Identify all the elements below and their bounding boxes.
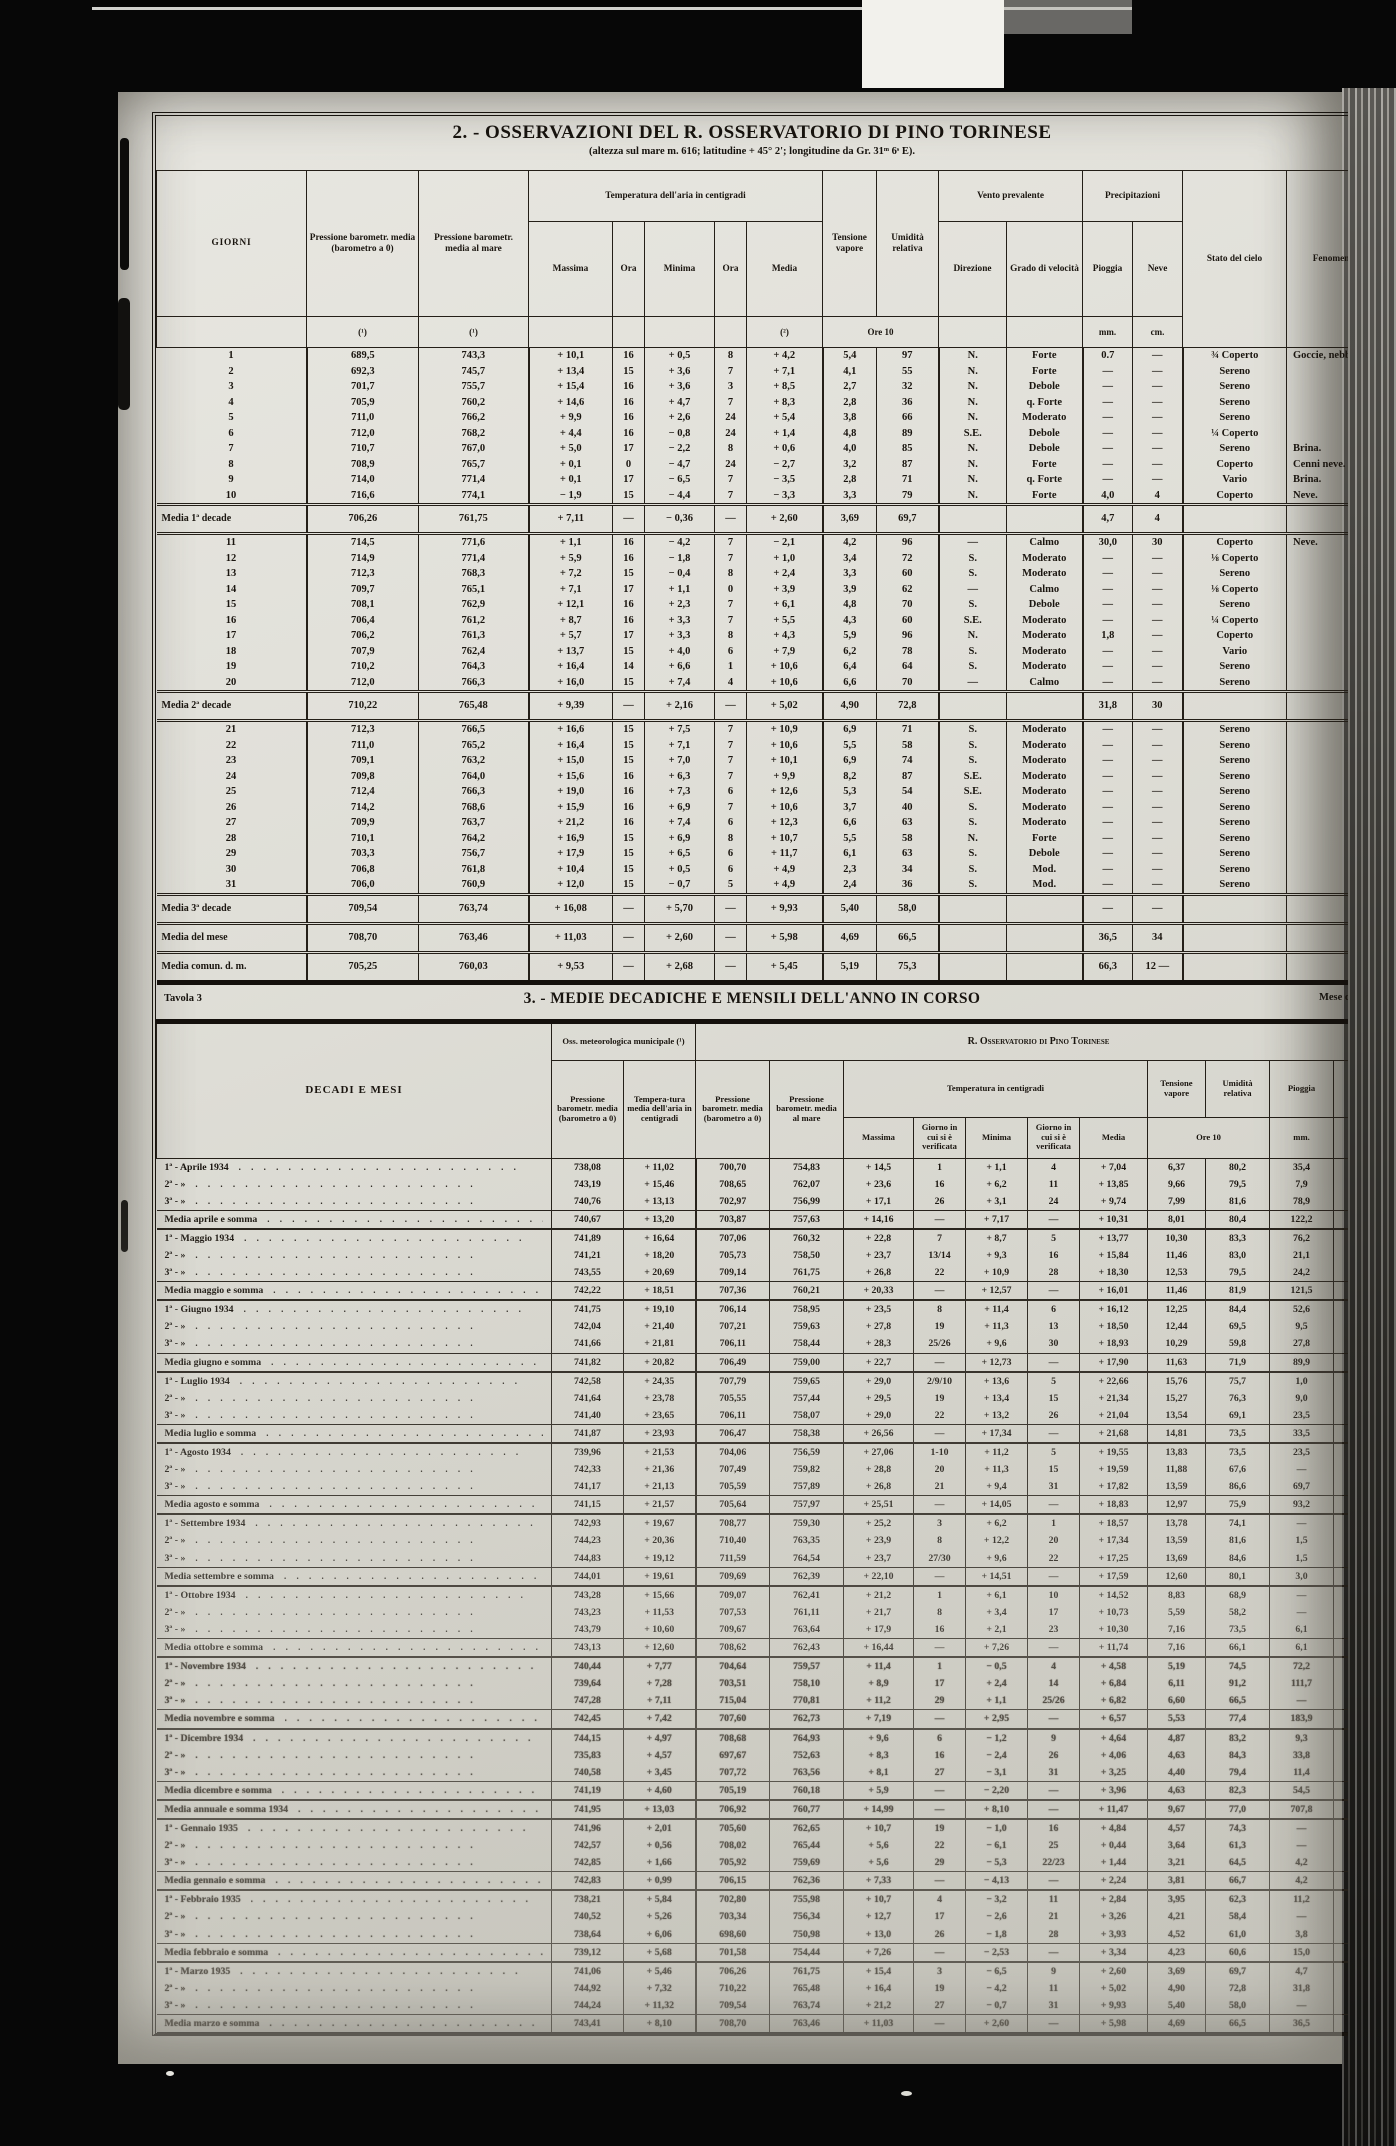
data-row: 19710,2764,3+ 16,414+ 6,61+ 10,66,464S.M… bbox=[157, 659, 1349, 675]
cell: Moderato bbox=[1007, 659, 1083, 675]
cell: — bbox=[1028, 1210, 1080, 1229]
cell: + 6,06 bbox=[624, 1926, 696, 1944]
cell: — bbox=[1334, 1300, 1348, 1318]
data-row: 12714,9771,4+ 5,916− 1,87+ 1,03,472S.Mod… bbox=[157, 551, 1349, 567]
cell: + 18,51 bbox=[624, 1282, 696, 1301]
cell: − 0,5 bbox=[966, 1657, 1028, 1675]
cell: — bbox=[1133, 769, 1183, 785]
cell: 61,3 bbox=[1206, 1837, 1270, 1854]
cell: 6 bbox=[715, 784, 747, 800]
cell: 1,8 bbox=[1083, 628, 1133, 644]
cell: + 7,33 bbox=[844, 1872, 914, 1891]
cell: Media febbraio e somma. . . . . . . . . … bbox=[157, 1943, 552, 1962]
cell: 763,64 bbox=[770, 1621, 844, 1639]
cell: 760,32 bbox=[770, 1229, 844, 1247]
cell: 704,64 bbox=[696, 1657, 770, 1675]
cell: + 11,32 bbox=[624, 1997, 696, 2015]
cell: 8,83 bbox=[1148, 1586, 1206, 1604]
cell: + 25,2 bbox=[844, 1514, 914, 1532]
cell: N. bbox=[939, 472, 1007, 488]
cell: + 1,4 bbox=[747, 426, 823, 442]
dot-leader: . . . . . . . . . . . . . . . . . . . . … bbox=[239, 1159, 543, 1176]
cell: — bbox=[914, 1800, 966, 1819]
cell: + 9,9 bbox=[747, 769, 823, 785]
cell: + 7,11 bbox=[624, 1692, 696, 1710]
cell: 66,5 bbox=[1206, 2015, 1270, 2035]
cell: + 6,9 bbox=[645, 831, 715, 847]
cell: Sereno bbox=[1183, 379, 1287, 395]
cell: 14 bbox=[1028, 1675, 1080, 1692]
cell: 741,95 bbox=[552, 1800, 624, 1819]
dot-leader: . . . . . . . . . . . . . . . . . . . . … bbox=[244, 1230, 543, 1247]
cell: 741,15 bbox=[552, 1496, 624, 1515]
cell: + 11,74 bbox=[1080, 1639, 1148, 1658]
cell: 24 bbox=[715, 457, 747, 473]
dot-leader: . . . . . . . . . . . . . . . . . . . . … bbox=[253, 1730, 543, 1747]
cell: — bbox=[914, 1567, 966, 1586]
cell: 5,5 bbox=[823, 738, 877, 754]
dot-leader: . . . . . . . . . . . . . . . . . . . . … bbox=[195, 1926, 543, 1943]
cell: Brina. bbox=[1287, 441, 1348, 457]
cell: — bbox=[613, 952, 645, 982]
cell: 708,62 bbox=[696, 1639, 770, 1658]
data-row: 3701,7755,7+ 15,416+ 3,63+ 8,52,732N.Deb… bbox=[157, 379, 1349, 395]
cell: 13,59 bbox=[1148, 1478, 1206, 1496]
cell: Forte bbox=[1007, 831, 1083, 847]
dot-leader: . . . . . . . . . . . . . . . . . . . . … bbox=[244, 1301, 543, 1318]
cell: 706,4 bbox=[307, 613, 419, 629]
cell: 4,57 bbox=[1148, 1819, 1206, 1837]
cell: S. bbox=[939, 738, 1007, 754]
cell: 8 bbox=[715, 441, 747, 457]
page-subtitle: (altezza sul mare m. 616; latitudine + 4… bbox=[156, 146, 1348, 157]
cell: 2,3 bbox=[823, 862, 877, 878]
cell: Media gennaio e somma. . . . . . . . . .… bbox=[157, 1872, 552, 1891]
cell: Sereno bbox=[1183, 831, 1287, 847]
cell: 58,0 bbox=[877, 894, 939, 923]
cell: 27 bbox=[914, 1764, 966, 1782]
cell: + 16,01 bbox=[1080, 1282, 1148, 1301]
cell: 15 bbox=[613, 675, 645, 692]
cell bbox=[1287, 551, 1348, 567]
cell: 709,7 bbox=[307, 582, 419, 598]
cell: 16 bbox=[613, 426, 645, 442]
cell: − 0,7 bbox=[966, 1997, 1028, 2015]
cell: 60 bbox=[877, 613, 939, 629]
cell bbox=[1007, 505, 1083, 534]
col-header-vento: Vento prevalente bbox=[939, 171, 1083, 222]
cell: — bbox=[1334, 1819, 1348, 1837]
cell: 7 bbox=[715, 800, 747, 816]
cell: + 3,4 bbox=[966, 1604, 1028, 1621]
cell bbox=[1007, 894, 1083, 923]
cell: 26 bbox=[1028, 1747, 1080, 1764]
cell: 2ª - ». . . . . . . . . . . . . . . . . … bbox=[157, 1837, 552, 1854]
cell: 12,25 bbox=[1148, 1300, 1206, 1318]
cell: + 18,50 bbox=[1080, 1318, 1148, 1335]
cell: 4,63 bbox=[1148, 1781, 1206, 1800]
data-row: 18707,9762,4+ 13,715+ 4,06+ 7,96,278S.Mo… bbox=[157, 644, 1349, 660]
cell: 742,22 bbox=[552, 1282, 624, 1301]
cell bbox=[1287, 505, 1348, 534]
cell: 0 bbox=[613, 457, 645, 473]
cell: + 9,39 bbox=[529, 692, 613, 721]
data-row: 8708,9765,7+ 0,10− 4,724− 2,73,287N.Fort… bbox=[157, 457, 1349, 473]
unit-empty bbox=[1007, 317, 1083, 348]
cell: 2 bbox=[157, 364, 307, 380]
cell: 55 bbox=[877, 364, 939, 380]
summary-row: Media febbraio e somma. . . . . . . . . … bbox=[157, 1943, 1349, 1962]
cell: — bbox=[1133, 800, 1183, 816]
cell: + 9,3 bbox=[966, 1247, 1028, 1264]
cell: 740,58 bbox=[552, 1764, 624, 1782]
dot-leader: . . . . . . . . . . . . . . . . . . . . … bbox=[278, 1944, 543, 1961]
cell: + 14,05 bbox=[966, 1496, 1028, 1515]
cell: 706,26 bbox=[307, 505, 419, 534]
cell: 4 bbox=[1133, 488, 1183, 505]
cell: 5 bbox=[1028, 1372, 1080, 1390]
cell: + 5,7 bbox=[529, 628, 613, 644]
cell: + 11,47 bbox=[1080, 1800, 1148, 1819]
cell: — bbox=[1334, 1621, 1348, 1639]
cell: 708,9 bbox=[307, 457, 419, 473]
cell: 1ª - Febbraio 1935. . . . . . . . . . . … bbox=[157, 1890, 552, 1908]
cell: + 5,46 bbox=[624, 1962, 696, 1980]
cell: 71 bbox=[877, 472, 939, 488]
dot-leader: . . . . . . . . . . . . . . . . . . . . … bbox=[273, 1639, 543, 1656]
cell: + 21,2 bbox=[529, 815, 613, 831]
cell: 83,2 bbox=[1206, 1729, 1270, 1747]
cell: + 12,3 bbox=[747, 815, 823, 831]
cell: S. bbox=[939, 644, 1007, 660]
cell: 1ª - Marzo 1935. . . . . . . . . . . . .… bbox=[157, 1962, 552, 1980]
cell: 2ª - ». . . . . . . . . . . . . . . . . … bbox=[157, 1176, 552, 1193]
cell: 16 bbox=[613, 597, 645, 613]
cell: + 5,02 bbox=[1080, 1980, 1148, 1997]
cell: 708,1 bbox=[307, 597, 419, 613]
cell: + 3,3 bbox=[645, 613, 715, 629]
cell: 69,5 bbox=[1206, 1318, 1270, 1335]
cell: — bbox=[1334, 1514, 1348, 1532]
cell: + 9,74 bbox=[1080, 1193, 1148, 1211]
cell: + 10,1 bbox=[747, 753, 823, 769]
cell: 30 bbox=[157, 862, 307, 878]
cell: 760,18 bbox=[770, 1781, 844, 1800]
cell: — bbox=[1334, 1764, 1348, 1782]
cell: 16 bbox=[613, 410, 645, 426]
cell: − 1,2 bbox=[966, 1729, 1028, 1747]
cell: 6 bbox=[1028, 1300, 1080, 1318]
cell: 715,04 bbox=[696, 1692, 770, 1710]
cell: 7 bbox=[715, 488, 747, 505]
cell: 4,2 bbox=[1270, 1872, 1334, 1891]
cell: + 23,93 bbox=[624, 1424, 696, 1443]
cell: + 1,1 bbox=[529, 534, 613, 551]
dot-leader: . . . . . . . . . . . . . . . . . . . . … bbox=[195, 1461, 543, 1478]
cell: 4,63 bbox=[1148, 1747, 1206, 1764]
cell: + 11,03 bbox=[844, 2015, 914, 2035]
cell: 759,30 bbox=[770, 1514, 844, 1532]
cell: + 8,7 bbox=[966, 1229, 1028, 1247]
cell bbox=[1287, 784, 1348, 800]
col-header-tensione: Tensione vapore bbox=[823, 171, 877, 317]
cell: + 24,35 bbox=[624, 1372, 696, 1390]
cell: + 11,4 bbox=[966, 1300, 1028, 1318]
cell: 30 bbox=[1133, 692, 1183, 721]
cell: — bbox=[914, 1639, 966, 1658]
cell: 19 bbox=[914, 1318, 966, 1335]
cell: — bbox=[914, 1210, 966, 1229]
data-row: 1ª - Settembre 1934. . . . . . . . . . .… bbox=[157, 1514, 1349, 1532]
dot-leader: . . . . . . . . . . . . . . . . . . . . … bbox=[195, 1550, 543, 1567]
cell: 706,8 bbox=[307, 862, 419, 878]
data-row: 3ª - ». . . . . . . . . . . . . . . . . … bbox=[157, 1692, 1349, 1710]
cell bbox=[939, 692, 1007, 721]
data-row: 3ª - ». . . . . . . . . . . . . . . . . … bbox=[157, 1997, 1349, 2015]
cell: 24 bbox=[715, 426, 747, 442]
cell: Sereno bbox=[1183, 364, 1287, 380]
cell: + 6,84 bbox=[1080, 1675, 1148, 1692]
cell: 84,4 bbox=[1206, 1300, 1270, 1318]
cell: 11 bbox=[1028, 1980, 1080, 1997]
cell bbox=[1287, 923, 1348, 952]
cell: + 7,42 bbox=[624, 1710, 696, 1729]
cell: + 10,4 bbox=[529, 862, 613, 878]
cell: 6 bbox=[715, 644, 747, 660]
cell: 707,36 bbox=[696, 1282, 770, 1301]
cell: + 10,73 bbox=[1080, 1604, 1148, 1621]
cell: Vario bbox=[1183, 644, 1287, 660]
cell: 1,0 bbox=[1270, 1372, 1334, 1390]
summary-row: Media 3ª decade709,54763,74+ 16,08—+ 5,7… bbox=[157, 894, 1349, 923]
cell: — bbox=[1334, 1729, 1348, 1747]
cell: 762,4 bbox=[419, 644, 529, 660]
cell: 739,12 bbox=[552, 1943, 624, 1962]
cell: 768,2 bbox=[419, 426, 529, 442]
dot-leader: . . . . . . . . . . . . . . . . . . . . … bbox=[240, 1373, 543, 1390]
cell: + 13,13 bbox=[624, 1193, 696, 1211]
cell: + 5,98 bbox=[747, 923, 823, 952]
cell: — bbox=[939, 534, 1007, 551]
cell: + 1,0 bbox=[747, 551, 823, 567]
cell: + 8,7 bbox=[529, 613, 613, 629]
cell: + 4,84 bbox=[1080, 1819, 1148, 1837]
cell: 711,0 bbox=[307, 738, 419, 754]
cell: — bbox=[1334, 1675, 1348, 1692]
cell: — bbox=[1133, 551, 1183, 567]
cell: 8 bbox=[914, 1300, 966, 1318]
cell: 10 bbox=[157, 488, 307, 505]
cell: 771,4 bbox=[419, 472, 529, 488]
cell: 4,2 bbox=[823, 534, 877, 551]
cell: 7 bbox=[157, 441, 307, 457]
cell: — bbox=[1334, 1407, 1348, 1425]
cell: 10,30 bbox=[1148, 1229, 1206, 1247]
cell: — bbox=[1334, 1158, 1348, 1176]
cell: 759,69 bbox=[770, 1854, 844, 1872]
dot-leader: . . . . . . . . . . . . . . . . . . . . … bbox=[269, 1496, 543, 1513]
cell: + 23,78 bbox=[624, 1390, 696, 1407]
cell: 757,44 bbox=[770, 1390, 844, 1407]
cell: 19 bbox=[914, 1390, 966, 1407]
cell: 15,0 bbox=[1270, 1943, 1334, 1962]
cell: + 15,4 bbox=[529, 379, 613, 395]
summary-row: Media agosto e somma. . . . . . . . . . … bbox=[157, 1496, 1349, 1515]
cell: 4,90 bbox=[823, 692, 877, 721]
cell: + 13,03 bbox=[624, 1800, 696, 1819]
cell: — bbox=[1083, 877, 1133, 894]
cell: + 12,1 bbox=[529, 597, 613, 613]
cell: — bbox=[914, 1943, 966, 1962]
cell: + 20,33 bbox=[844, 1282, 914, 1301]
cell: + 26,8 bbox=[844, 1478, 914, 1496]
cell: 9 bbox=[1028, 1729, 1080, 1747]
cell: 76,3 bbox=[1206, 1390, 1270, 1407]
cell: — bbox=[1028, 1710, 1080, 1729]
cell: Calmo bbox=[1007, 675, 1083, 692]
cell: + 7,4 bbox=[645, 815, 715, 831]
cell: 9 bbox=[157, 472, 307, 488]
cell: + 21,53 bbox=[624, 1443, 696, 1461]
dot-leader: . . . . . . . . . . . . . . . . . . . . … bbox=[195, 1247, 543, 1264]
cell: 712,0 bbox=[307, 426, 419, 442]
cell: 7,9 bbox=[1270, 1176, 1334, 1193]
cell: — bbox=[1083, 426, 1133, 442]
cell: 764,93 bbox=[770, 1729, 844, 1747]
data-row: 2ª - ». . . . . . . . . . . . . . . . . … bbox=[157, 1604, 1349, 1621]
cell: 5,40 bbox=[1148, 1997, 1206, 2015]
cell: 4 bbox=[1028, 1657, 1080, 1675]
cell: 702,97 bbox=[696, 1193, 770, 1211]
cell: 6 bbox=[914, 1729, 966, 1747]
dot-leader: . . . . . . . . . . . . . . . . . . . . … bbox=[195, 1908, 543, 1925]
cell bbox=[939, 952, 1007, 982]
cell: 742,58 bbox=[552, 1372, 624, 1390]
cell bbox=[1287, 395, 1348, 411]
cell: 705,64 bbox=[696, 1496, 770, 1515]
cell: 706,47 bbox=[696, 1424, 770, 1443]
cell: 13 bbox=[157, 566, 307, 582]
cell: 10 bbox=[1028, 1586, 1080, 1604]
cell: 6,2 bbox=[823, 644, 877, 660]
cell: 15 bbox=[613, 721, 645, 738]
cell: − 2,6 bbox=[966, 1908, 1028, 1925]
cell: 5,59 bbox=[1148, 1604, 1206, 1621]
cell: 17 bbox=[613, 472, 645, 488]
cell: + 5,45 bbox=[747, 952, 823, 982]
cell: 87 bbox=[877, 769, 939, 785]
cell bbox=[1287, 659, 1348, 675]
cell: 33,8 bbox=[1270, 1747, 1334, 1764]
cell: 740,67 bbox=[552, 1210, 624, 1229]
cell: — bbox=[1083, 894, 1133, 923]
cell: 754,44 bbox=[770, 1943, 844, 1962]
col-header-ora-max: Ora bbox=[613, 222, 645, 317]
cell: S. bbox=[939, 877, 1007, 894]
cell bbox=[1287, 426, 1348, 442]
cell: 81,9 bbox=[1206, 1282, 1270, 1301]
cell: 29 bbox=[914, 1692, 966, 1710]
cell: — bbox=[1028, 1639, 1080, 1658]
summary-row: Media dicembre e somma. . . . . . . . . … bbox=[157, 1781, 1349, 1800]
cell: + 7,9 bbox=[747, 644, 823, 660]
cell: 72,8 bbox=[1206, 1980, 1270, 1997]
cell: N. bbox=[939, 441, 1007, 457]
cell: — bbox=[1133, 582, 1183, 598]
cell bbox=[1287, 862, 1348, 878]
dot-leader: . . . . . . . . . . . . . . . . . . . . … bbox=[195, 1621, 543, 1638]
cell: 40 bbox=[877, 800, 939, 816]
cell: 20 bbox=[914, 1461, 966, 1478]
cell: 11,46 bbox=[1148, 1247, 1206, 1264]
cell: 54,5 bbox=[1270, 1781, 1334, 1800]
cell: 36,5 bbox=[1270, 2015, 1334, 2035]
cell: 768,6 bbox=[419, 800, 529, 816]
cell: − 2,2 bbox=[645, 441, 715, 457]
cell: 26 bbox=[914, 1193, 966, 1211]
cell: — bbox=[1334, 1193, 1348, 1211]
cell: + 21,36 bbox=[624, 1461, 696, 1478]
cell: + 2,68 bbox=[645, 952, 715, 982]
cell: 4,21 bbox=[1148, 1908, 1206, 1925]
cell: Moderato bbox=[1007, 628, 1083, 644]
cell: − 1,9 bbox=[529, 488, 613, 505]
data-row: 1ª - Ottobre 1934. . . . . . . . . . . .… bbox=[157, 1586, 1349, 1604]
cell: 12,60 bbox=[1148, 1567, 1206, 1586]
cell: 6,6 bbox=[823, 815, 877, 831]
cell: 761,75 bbox=[770, 1264, 844, 1282]
cell: 706,26 bbox=[696, 1962, 770, 1980]
dot-leader: . . . . . . . . . . . . . . . . . . . . … bbox=[195, 1997, 543, 2014]
cell: 22 bbox=[1028, 1550, 1080, 1568]
cell: — bbox=[939, 675, 1007, 692]
cell: + 27,8 bbox=[844, 1318, 914, 1335]
cell: — bbox=[1334, 1604, 1348, 1621]
cell: Coperto bbox=[1183, 488, 1287, 505]
cell: 765,48 bbox=[770, 1980, 844, 1997]
cell: + 28,3 bbox=[844, 1335, 914, 1353]
cell: 705,19 bbox=[696, 1781, 770, 1800]
cell: Coperto bbox=[1183, 628, 1287, 644]
cell: 58,4 bbox=[1206, 1908, 1270, 1925]
cell: + 3,25 bbox=[1080, 1764, 1148, 1782]
cell: − 0,7 bbox=[645, 877, 715, 894]
cell: 762,43 bbox=[770, 1639, 844, 1658]
cell: 5,40 bbox=[823, 894, 877, 923]
cell: + 2,84 bbox=[1080, 1890, 1148, 1908]
cell: + 5,02 bbox=[747, 692, 823, 721]
cell: 13 bbox=[1028, 1318, 1080, 1335]
cell: + 4,06 bbox=[1080, 1747, 1148, 1764]
cell: Media maggio e somma. . . . . . . . . . … bbox=[157, 1282, 552, 1301]
cell: 709,07 bbox=[696, 1586, 770, 1604]
cell: + 13,2 bbox=[966, 1407, 1028, 1425]
dot-leader: . . . . . . . . . . . . . . . . . . . . … bbox=[284, 1568, 543, 1585]
cell: + 22,10 bbox=[844, 1567, 914, 1586]
cell: + 19,10 bbox=[624, 1300, 696, 1318]
data-row: 22711,0765,2+ 16,415+ 7,17+ 10,65,558S.M… bbox=[157, 738, 1349, 754]
data-row: 3ª - ». . . . . . . . . . . . . . . . . … bbox=[157, 1193, 1349, 1211]
cell: − 1,8 bbox=[966, 1926, 1028, 1944]
cell: 3,9 bbox=[823, 582, 877, 598]
cell: 3 bbox=[914, 1514, 966, 1532]
cell: 21,1 bbox=[1270, 1247, 1334, 1264]
cell: + 23,7 bbox=[844, 1550, 914, 1568]
cell: 71 bbox=[877, 721, 939, 738]
cell: 24,2 bbox=[1270, 1264, 1334, 1282]
summary-row: Media del mese708,70763,46+ 11,03—+ 2,60… bbox=[157, 923, 1349, 952]
cell: + 2,60 bbox=[645, 923, 715, 952]
